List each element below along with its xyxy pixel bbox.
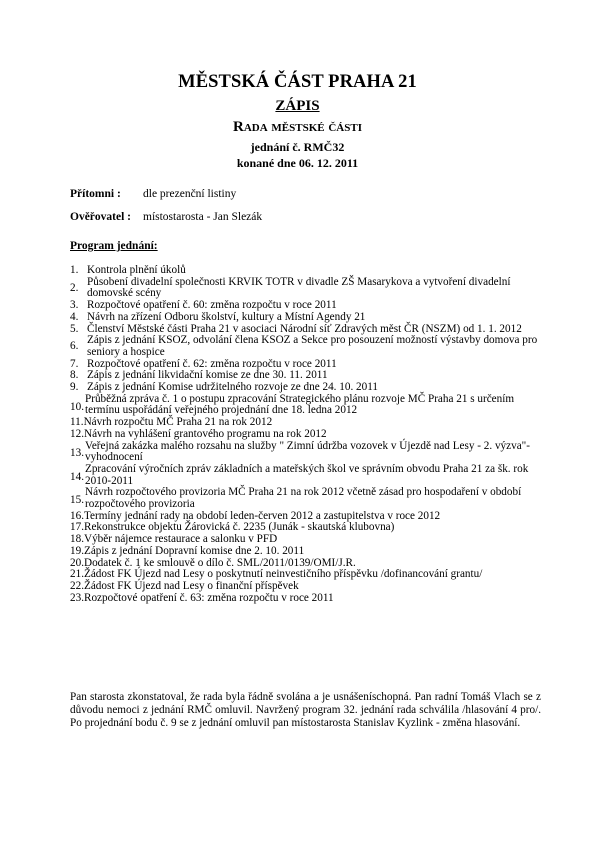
agenda-item-number: 12.	[70, 429, 84, 441]
agenda-item: 14.Zpracování výročních zpráv základních…	[70, 464, 542, 487]
agenda-item-text: Návrh rozpočtového provizoria MČ Praha 2…	[85, 487, 542, 510]
present-row: Přítomni :dle prezenční listiny	[70, 187, 236, 201]
agenda-item-number: 23.	[70, 593, 84, 605]
agenda-item-number: 14.	[70, 472, 85, 484]
agenda-item: 13.Veřejná zakázka malého rozsahu na slu…	[70, 441, 542, 464]
agenda-item-text: Žádost FK Újezd nad Lesy o finanční přís…	[84, 581, 542, 593]
agenda-item-number: 15.	[70, 495, 85, 507]
agenda-item: 19.Zápis z jednání Dopravní komise dne 2…	[70, 546, 542, 558]
agenda-item-text: Průběžná zpráva č. 1 o postupu zpracován…	[85, 394, 542, 417]
agenda-item: 12.Návrh na vyhlášení grantového program…	[70, 429, 542, 441]
agenda-item-number: 10.	[70, 402, 85, 414]
agenda-item-text: Veřejná zakázka malého rozsahu na služby…	[85, 441, 542, 464]
closing-paragraph: Pan starosta zkonstatoval, že rada byla …	[70, 691, 541, 731]
agenda-item-text: Zpracování výročních zpráv základních a …	[85, 464, 542, 487]
document-title: MĚSTSKÁ ČÁST PRAHA 21	[0, 72, 595, 93]
agenda-item: 2.Působení divadelní společnosti KRVIK T…	[70, 277, 542, 300]
agenda-item-number: 5.	[70, 324, 87, 336]
agenda-item: 22.Žádost FK Újezd nad Lesy o finanční p…	[70, 581, 542, 593]
agenda-item-text: Rozpočtové opatření č. 63: změna rozpočt…	[84, 593, 542, 605]
agenda-item: 23.Rozpočtové opatření č. 63: změna rozp…	[70, 593, 542, 605]
meeting-number: jednání č. RMČ32	[0, 140, 595, 155]
present-value: dle prezenční listiny	[143, 187, 236, 201]
agenda-item: 9.Zápis z jednání Komise udržitelného ro…	[70, 382, 542, 394]
verifier-value: místostarosta - Jan Slezák	[143, 210, 262, 224]
agenda-item-number: 19.	[70, 546, 84, 558]
agenda-item-number: 22.	[70, 581, 84, 593]
agenda-item: 4.Návrh na zřízení Odboru školství, kult…	[70, 312, 542, 324]
agenda-item-text: Působení divadelní společnosti KRVIK TOT…	[87, 277, 542, 300]
agenda-item-number: 2.	[70, 283, 87, 295]
verifier-row: Ověřovatel :místostarosta - Jan Slezák	[70, 210, 262, 224]
agenda-item-number: 13.	[70, 448, 85, 460]
agenda-item-text: Zápis z jednání Komise udržitelného rozv…	[87, 382, 542, 394]
agenda-item: 15.Návrh rozpočtového provizoria MČ Prah…	[70, 487, 542, 510]
agenda-item-text: Zápis z jednání Dopravní komise dne 2. 1…	[84, 546, 542, 558]
agenda-item-number: 4.	[70, 312, 87, 324]
agenda-item-number: 6.	[70, 341, 87, 353]
agenda-item: 1.Kontrola plnění úkolů	[70, 265, 542, 277]
agenda-list: 1.Kontrola plnění úkolů2.Působení divade…	[70, 265, 542, 604]
agenda-item-text: Kontrola plnění úkolů	[87, 265, 542, 277]
meeting-date: konané dne 06. 12. 2011	[0, 156, 595, 171]
document-subtitle: ZÁPIS	[0, 98, 595, 115]
council-heading: Rada městské části	[0, 119, 595, 136]
agenda-item-number: 9.	[70, 382, 87, 394]
agenda-item: 6.Zápis z jednání KSOZ, odvolání člena K…	[70, 335, 542, 358]
agenda-item-number: 1.	[70, 265, 87, 277]
program-heading: Program jednání:	[70, 240, 158, 252]
agenda-item: 10.Průběžná zpráva č. 1 o postupu zpraco…	[70, 394, 542, 417]
verifier-label: Ověřovatel :	[70, 210, 143, 224]
document-page: MĚSTSKÁ ČÁST PRAHA 21 ZÁPIS Rada městské…	[0, 0, 595, 842]
present-label: Přítomni :	[70, 187, 143, 201]
agenda-item-text: Návrh na zřízení Odboru školství, kultur…	[87, 312, 542, 324]
agenda-item-text: Zápis z jednání KSOZ, odvolání člena KSO…	[87, 335, 542, 358]
agenda-item-text: Návrh na vyhlášení grantového programu n…	[84, 429, 542, 441]
